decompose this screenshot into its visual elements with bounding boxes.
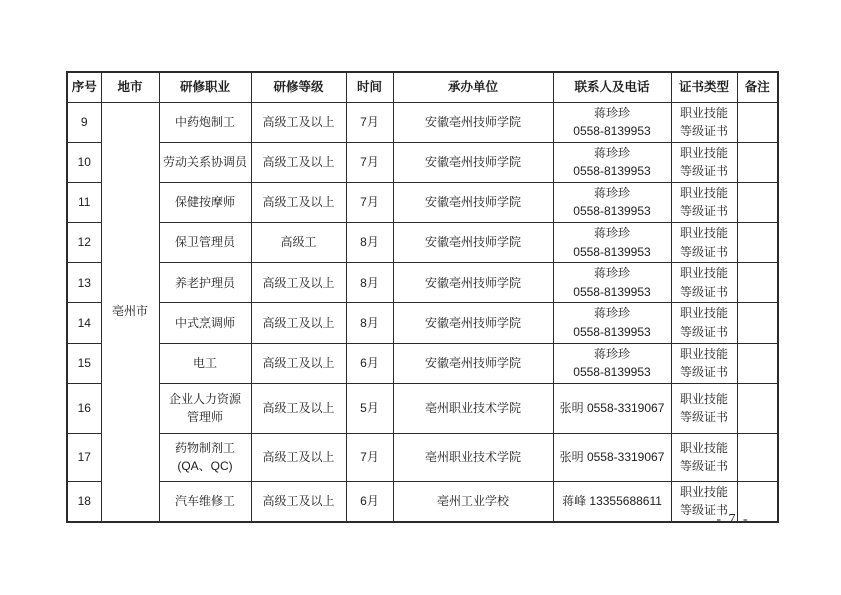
cell-note bbox=[737, 142, 778, 182]
cell-level: 高级工 bbox=[251, 223, 346, 263]
header-city: 地市 bbox=[101, 72, 159, 102]
cell-job: 企业人力资源 管理师 bbox=[159, 383, 251, 433]
cell-time: 8月 bbox=[346, 263, 393, 303]
cell-time: 7月 bbox=[346, 433, 393, 481]
cell-note bbox=[737, 182, 778, 222]
document-page: 序号 地市 研修职业 研修等级 时间 承办单位 联系人及电话 证书类型 备注 9… bbox=[0, 0, 841, 595]
header-row: 序号 地市 研修职业 研修等级 时间 承办单位 联系人及电话 证书类型 备注 bbox=[67, 72, 778, 102]
cell-organizer: 亳州职业技术学院 bbox=[393, 433, 553, 481]
cell-contact: 蒋珍珍 0558-8139953 bbox=[553, 303, 671, 343]
cell-certificate: 职业技能 等级证书 bbox=[671, 223, 737, 263]
cell-job: 养老护理员 bbox=[159, 263, 251, 303]
table-row: 18 汽车维修工 高级工及以上 6月 亳州工业学校 蒋峰 13355688611… bbox=[67, 481, 778, 522]
cell-time: 8月 bbox=[346, 303, 393, 343]
table-row: 13 养老护理员 高级工及以上 8月 安徽亳州技师学院 蒋珍珍 0558-813… bbox=[67, 263, 778, 303]
cell-job: 保健按摩师 bbox=[159, 182, 251, 222]
cell-level: 高级工及以上 bbox=[251, 433, 346, 481]
cell-note bbox=[737, 383, 778, 433]
cell-contact: 蒋珍珍 0558-8139953 bbox=[553, 182, 671, 222]
cell-organizer: 安徽亳州技师学院 bbox=[393, 263, 553, 303]
table-row: 12 保卫管理员 高级工 8月 安徽亳州技师学院 蒋珍珍 0558-813995… bbox=[67, 223, 778, 263]
cell-level: 高级工及以上 bbox=[251, 383, 346, 433]
cell-time: 7月 bbox=[346, 102, 393, 142]
cell-serial: 13 bbox=[67, 263, 101, 303]
table-row: 10 劳动关系协调员 高级工及以上 7月 安徽亳州技师学院 蒋珍珍 0558-8… bbox=[67, 142, 778, 182]
cell-certificate: 职业技能 等级证书 bbox=[671, 383, 737, 433]
header-time: 时间 bbox=[346, 72, 393, 102]
cell-time: 8月 bbox=[346, 223, 393, 263]
cell-level: 高级工及以上 bbox=[251, 182, 346, 222]
cell-time: 6月 bbox=[346, 481, 393, 522]
cell-organizer: 亳州职业技术学院 bbox=[393, 383, 553, 433]
cell-serial: 18 bbox=[67, 481, 101, 522]
cell-note bbox=[737, 102, 778, 142]
header-job: 研修职业 bbox=[159, 72, 251, 102]
cell-serial: 9 bbox=[67, 102, 101, 142]
header-note: 备注 bbox=[737, 72, 778, 102]
cell-certificate: 职业技能 等级证书 bbox=[671, 182, 737, 222]
training-table: 序号 地市 研修职业 研修等级 时间 承办单位 联系人及电话 证书类型 备注 9… bbox=[66, 71, 779, 523]
cell-level: 高级工及以上 bbox=[251, 481, 346, 522]
cell-contact: 蒋珍珍 0558-8139953 bbox=[553, 102, 671, 142]
training-table-container: 序号 地市 研修职业 研修等级 时间 承办单位 联系人及电话 证书类型 备注 9… bbox=[66, 71, 779, 523]
cell-serial: 16 bbox=[67, 383, 101, 433]
cell-job: 药物制剂工 (QA、QC) bbox=[159, 433, 251, 481]
cell-level: 高级工及以上 bbox=[251, 303, 346, 343]
cell-certificate: 职业技能 等级证书 bbox=[671, 102, 737, 142]
table-row: 17 药物制剂工 (QA、QC) 高级工及以上 7月 亳州职业技术学院 张明 0… bbox=[67, 433, 778, 481]
cell-serial: 12 bbox=[67, 223, 101, 263]
cell-organizer: 安徽亳州技师学院 bbox=[393, 142, 553, 182]
cell-level: 高级工及以上 bbox=[251, 263, 346, 303]
cell-job: 保卫管理员 bbox=[159, 223, 251, 263]
cell-note bbox=[737, 223, 778, 263]
cell-certificate: 职业技能 等级证书 bbox=[671, 263, 737, 303]
cell-contact: 蒋珍珍 0558-8139953 bbox=[553, 263, 671, 303]
cell-contact: 张明 0558-3319067 bbox=[553, 383, 671, 433]
cell-time: 6月 bbox=[346, 343, 393, 383]
table-row: 9 亳州市 中药炮制工 高级工及以上 7月 安徽亳州技师学院 蒋珍珍 0558-… bbox=[67, 102, 778, 142]
cell-certificate: 职业技能 等级证书 bbox=[671, 343, 737, 383]
cell-serial: 17 bbox=[67, 433, 101, 481]
cell-serial: 10 bbox=[67, 142, 101, 182]
cell-level: 高级工及以上 bbox=[251, 102, 346, 142]
cell-organizer: 安徽亳州技师学院 bbox=[393, 223, 553, 263]
cell-contact: 张明 0558-3319067 bbox=[553, 433, 671, 481]
cell-job: 电工 bbox=[159, 343, 251, 383]
cell-level: 高级工及以上 bbox=[251, 142, 346, 182]
cell-job: 中药炮制工 bbox=[159, 102, 251, 142]
cell-note bbox=[737, 263, 778, 303]
cell-job: 汽车维修工 bbox=[159, 481, 251, 522]
header-certificate: 证书类型 bbox=[671, 72, 737, 102]
cell-time: 5月 bbox=[346, 383, 393, 433]
cell-level: 高级工及以上 bbox=[251, 343, 346, 383]
cell-organizer: 安徽亳州技师学院 bbox=[393, 343, 553, 383]
header-contact: 联系人及电话 bbox=[553, 72, 671, 102]
cell-contact: 蒋珍珍 0558-8139953 bbox=[553, 142, 671, 182]
cell-organizer: 安徽亳州技师学院 bbox=[393, 102, 553, 142]
cell-certificate: 职业技能 等级证书 bbox=[671, 303, 737, 343]
cell-contact: 蒋峰 13355688611 bbox=[553, 481, 671, 522]
page-number: - 7 - bbox=[700, 512, 766, 528]
cell-serial: 11 bbox=[67, 182, 101, 222]
cell-job: 中式烹调师 bbox=[159, 303, 251, 343]
cell-note bbox=[737, 343, 778, 383]
cell-city: 亳州市 bbox=[101, 102, 159, 522]
table-row: 16 企业人力资源 管理师 高级工及以上 5月 亳州职业技术学院 张明 0558… bbox=[67, 383, 778, 433]
cell-certificate: 职业技能 等级证书 bbox=[671, 142, 737, 182]
cell-contact: 蒋珍珍 0558-8139953 bbox=[553, 223, 671, 263]
cell-certificate: 职业技能 等级证书 bbox=[671, 433, 737, 481]
cell-time: 7月 bbox=[346, 142, 393, 182]
header-organizer: 承办单位 bbox=[393, 72, 553, 102]
cell-organizer: 安徽亳州技师学院 bbox=[393, 182, 553, 222]
header-level: 研修等级 bbox=[251, 72, 346, 102]
cell-serial: 15 bbox=[67, 343, 101, 383]
table-row: 14 中式烹调师 高级工及以上 8月 安徽亳州技师学院 蒋珍珍 0558-813… bbox=[67, 303, 778, 343]
cell-job: 劳动关系协调员 bbox=[159, 142, 251, 182]
cell-serial: 14 bbox=[67, 303, 101, 343]
cell-contact: 蒋珍珍 0558-8139953 bbox=[553, 343, 671, 383]
cell-organizer: 亳州工业学校 bbox=[393, 481, 553, 522]
cell-organizer: 安徽亳州技师学院 bbox=[393, 303, 553, 343]
header-serial: 序号 bbox=[67, 72, 101, 102]
cell-time: 7月 bbox=[346, 182, 393, 222]
cell-note bbox=[737, 303, 778, 343]
cell-note bbox=[737, 433, 778, 481]
table-row: 15 电工 高级工及以上 6月 安徽亳州技师学院 蒋珍珍 0558-813995… bbox=[67, 343, 778, 383]
table-row: 11 保健按摩师 高级工及以上 7月 安徽亳州技师学院 蒋珍珍 0558-813… bbox=[67, 182, 778, 222]
